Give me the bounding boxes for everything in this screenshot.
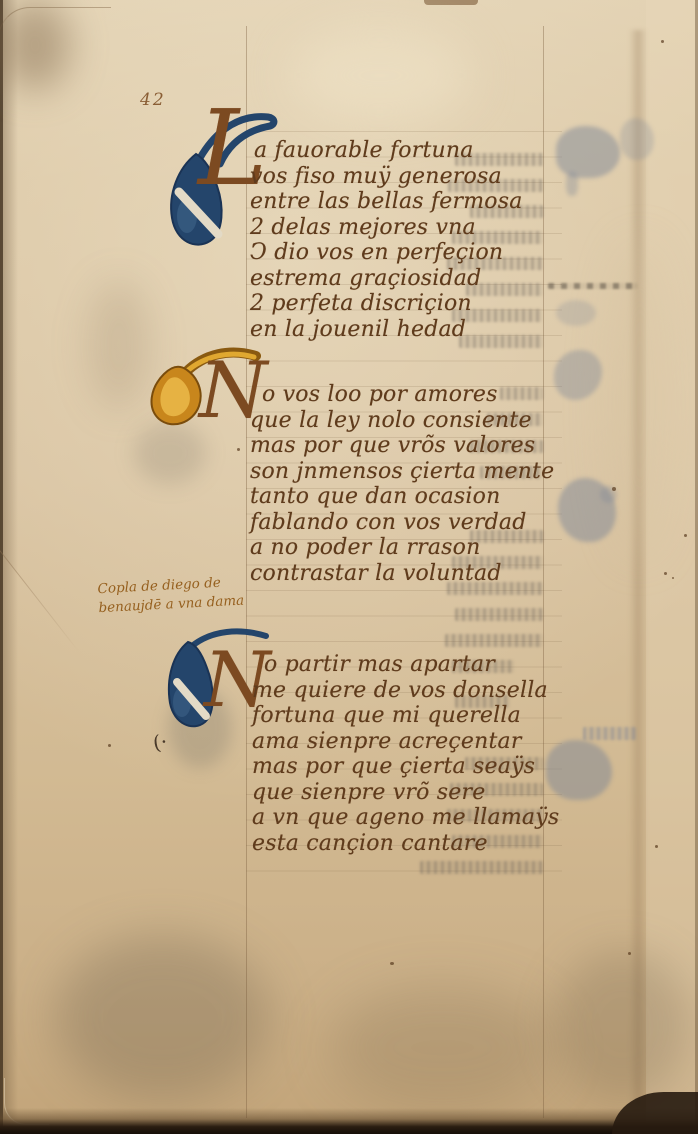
ink-dot <box>108 744 111 747</box>
verse-line: 2 perfeta discriçion <box>250 291 523 317</box>
bleedthrough-initial-ghost <box>566 172 578 196</box>
right-page-curve <box>646 0 698 1134</box>
verse-line: Ↄ dio vos en perfeçion <box>250 240 523 266</box>
fox-spot <box>612 487 616 491</box>
verse-line: que sienpre vrõ sere <box>252 780 559 806</box>
verse-line: o partir mas apartar <box>252 652 559 678</box>
fox-spot <box>390 962 394 965</box>
ink-dot <box>237 448 240 451</box>
right-crease <box>629 30 647 1110</box>
bleedthrough-initial-ghost <box>620 118 654 160</box>
stanza-1: a fauorable fortuna vos fiso muÿ generos… <box>250 138 523 342</box>
left-page-edge <box>0 0 3 1134</box>
verse-line: tanto que dan ocasion <box>250 484 554 510</box>
verse-line: a no poder la rrason <box>250 535 554 561</box>
fox-spot <box>628 952 631 955</box>
verse-line: o vos loo por amores <box>250 382 554 408</box>
verse-line: contrastar la voluntad <box>250 561 554 587</box>
bleedthrough-text-ghost <box>445 634 543 647</box>
verse-line: en la jouenil hedad <box>250 317 523 343</box>
fox-spot <box>664 572 667 575</box>
stanza-3: o partir mas apartar me quiere de vos do… <box>252 652 559 856</box>
verse-line: 2 delas mejores vna <box>250 215 523 241</box>
top-edge-fragment <box>424 0 478 5</box>
fox-spot <box>655 845 658 848</box>
verse-line: estrema graçiosidad <box>250 266 523 292</box>
fox-spot <box>672 577 674 579</box>
verse-line: son jnmensos çierta mente <box>250 459 554 485</box>
verse-line: a vn que ageno me llamaÿs <box>252 805 559 831</box>
verse-line: esta cançion cantare <box>252 831 559 857</box>
bleedthrough-initial-ghost <box>556 126 620 178</box>
bleedthrough-word-ghost <box>583 727 637 740</box>
verse-line: que la ley nolo consiente <box>250 408 554 434</box>
verse-line: entre las bellas fermosa <box>250 189 523 215</box>
verse-line: mas por que vrõs valores <box>250 433 554 459</box>
fox-spot <box>684 534 687 537</box>
verse-line: vos fiso muÿ generosa <box>250 164 523 190</box>
verse-line: fortuna que mi querella <box>252 703 559 729</box>
verse-line: ama sienpre acreçentar <box>252 729 559 755</box>
stanza-2: o vos loo por amores que la ley nolo con… <box>250 382 554 586</box>
manuscript-photo: 42 L a fauorable fortuna vos fiso muÿ ge… <box>0 0 698 1134</box>
verse-line: a fauorable fortuna <box>250 138 523 164</box>
verse-line: me quiere de vos donsella <box>252 678 559 704</box>
verse-line: fablando con vos verdad <box>250 510 554 536</box>
bleedthrough-smudge-dash <box>548 283 638 289</box>
bleedthrough-initial-ghost <box>556 300 596 326</box>
verse-line: mas por que çierta seaÿs <box>252 754 559 780</box>
bleedthrough-text-ghost <box>455 608 543 621</box>
bleedthrough-text-ghost <box>420 861 543 874</box>
fox-spot <box>661 40 664 43</box>
bottom-book-edge <box>0 1108 698 1134</box>
underlying-page-corner <box>0 7 111 78</box>
